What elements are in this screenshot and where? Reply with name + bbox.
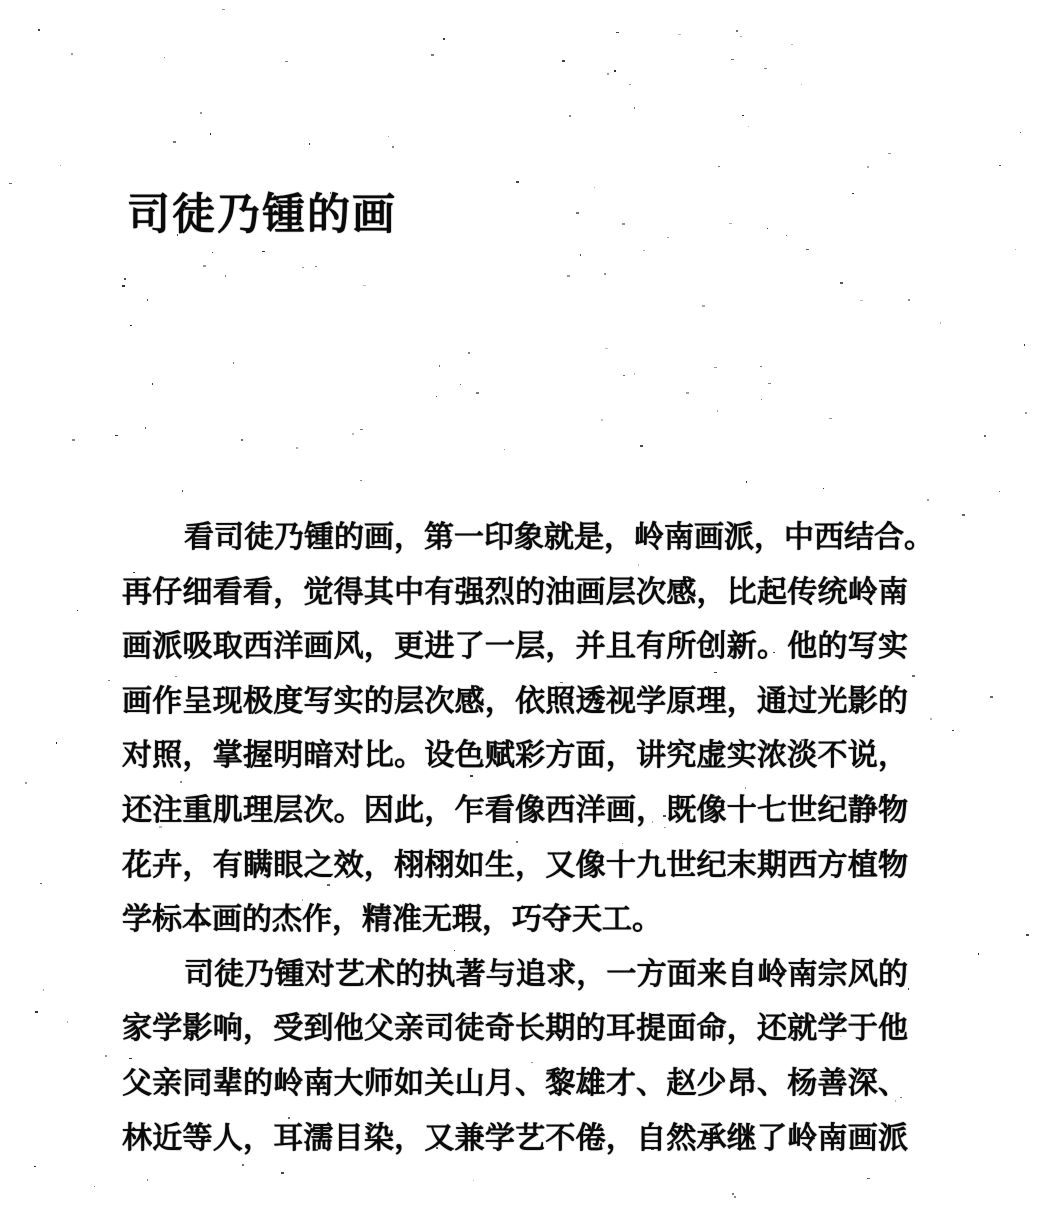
text-line: 学标本画的杰作，精准无瑕，巧夺天工。 bbox=[122, 893, 908, 948]
text-line: 画派吸取西洋画风，更进了一层，并且有所创新。他的写实 bbox=[122, 620, 908, 675]
paragraph: 司徒乃锺对艺术的执著与追求，一方面来自岭南宗风的 家学影响，受到他父亲司徒奇长期… bbox=[122, 948, 908, 1166]
text-line: 林近等人，耳濡目染，又兼学艺不倦，自然承继了岭南画派 bbox=[122, 1112, 908, 1167]
text-line: 花卉，有瞒眼之效，栩栩如生，又像十九世纪末期西方植物 bbox=[122, 839, 908, 894]
text-line: 对照，掌握明暗对比。设色赋彩方面，讲究虚实浓淡不说， bbox=[122, 729, 908, 784]
text-line: 还注重肌理层次。因此，乍看像西洋画，既像十七世纪静物 bbox=[122, 784, 908, 839]
text-line: 家学影响，受到他父亲司徒奇长期的耳提面命，还就学于他 bbox=[122, 1002, 908, 1057]
text-line: 父亲同辈的岭南大师如关山月、黎雄才、赵少昂、杨善深、 bbox=[122, 1057, 908, 1112]
text-line: 看司徒乃锺的画，第一印象就是，岭南画派，中西结合。 bbox=[122, 511, 908, 566]
text-line: 司徒乃锺对艺术的执著与追求，一方面来自岭南宗风的 bbox=[122, 948, 908, 1003]
paragraph: 看司徒乃锺的画，第一印象就是，岭南画派，中西结合。 再仔细看看，觉得其中有强烈的… bbox=[122, 511, 908, 948]
body-text: 看司徒乃锺的画，第一印象就是，岭南画派，中西结合。 再仔细看看，觉得其中有强烈的… bbox=[122, 511, 908, 1166]
scanned-book-page: 司徒乃锺的画 看司徒乃锺的画，第一印象就是，岭南画派，中西结合。 再仔细看看，觉… bbox=[0, 0, 1038, 1209]
page-title: 司徒乃锺的画 bbox=[127, 194, 397, 237]
text-line: 画作呈现极度写实的层次感，依照透视学原理，通过光影的 bbox=[122, 675, 908, 730]
text-line: 再仔细看看，觉得其中有强烈的油画层次感，比起传统岭南 bbox=[122, 566, 908, 621]
